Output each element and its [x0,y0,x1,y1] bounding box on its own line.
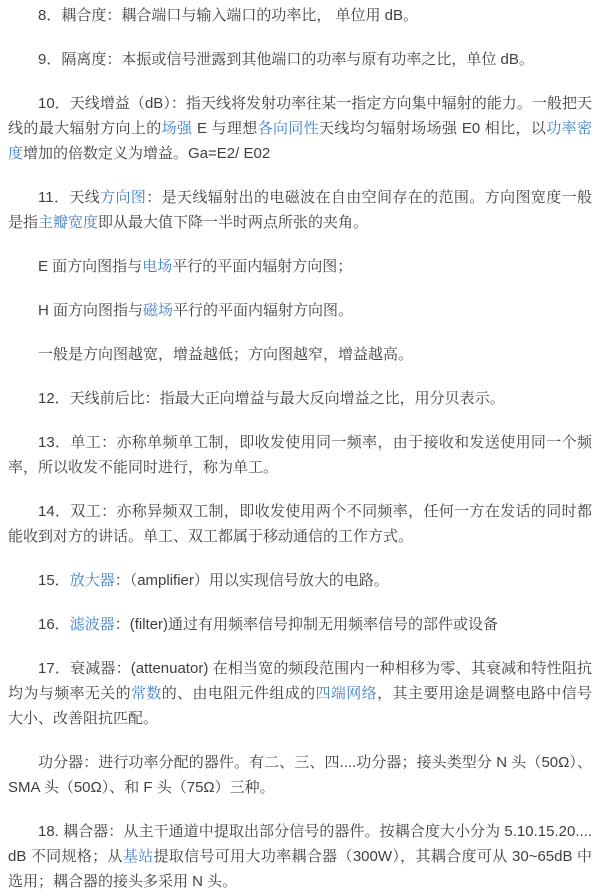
paragraph-item-13-simplex: 13．单工：亦称单频单工制，即收发使用同一频率，由于接收和发送使用同一个频率，所… [8,430,592,480]
paragraph-item-11-radiation-pattern: 11．天线方向图：是天线辐射出的电磁波在自由空间存在的范围。方向图宽度一般是指主… [8,185,592,235]
paragraph-pattern-gain-note: 一般是方向图越宽，增益越低；方向图越窄，增益越高。 [8,342,592,367]
link-electric-field[interactable]: 电场 [142,258,172,275]
paragraph-item-16-filter: 16．滤波器：(filter)通过有用频率信号抑制无用频率信号的部件或设备 [8,612,592,637]
paragraph-item-10-antenna-gain: 10．天线增益（dB）：指天线将发射功率往某一指定方向集中辐射的能力。一般把天线… [8,91,592,166]
document-page: 8．耦合度：耦合端口与输入端口的功率比， 单位用 dB。 9．隔离度：本振或信号… [0,0,600,894]
paragraph-item-12-front-back-ratio: 12．天线前后比：指最大正向增益与最大反向增益之比，用分贝表示。 [8,386,592,411]
paragraph-e-plane-pattern: E 面方向图指与电场平行的平面内辐射方向图； [8,254,592,279]
paragraph-h-plane-pattern: H 面方向图指与磁场平行的平面内辐射方向图。 [8,298,592,323]
paragraph-text: 9．隔离度：本振或信号泄露到其他端口的功率与原有功率之比，单位 dB。 [38,51,534,68]
paragraph-text: 11．天线 [38,189,100,206]
paragraph-text: H 面方向图指与 [38,302,143,319]
paragraph-power-splitter: 功分器：进行功率分配的器件。有二、三、四....功分器；接头类型分 N 头（50… [8,750,592,800]
paragraph-text: 16． [38,616,70,633]
link-radiation-pattern[interactable]: 方向图 [100,189,146,206]
paragraph-text: E 面方向图指与 [38,258,142,275]
paragraph-item-18-coupler: 18. 耦合器：从主干通道中提取出部分信号的器件。按耦合度大小分为 5.10.1… [8,819,592,894]
paragraph-item-17-attenuator: 17．衰减器：(attenuator) 在相当宽的频段范围内一种相移为零、其衰减… [8,656,592,731]
paragraph-text: 8．耦合度：耦合端口与输入端口的功率比， 单位用 dB。 [38,7,418,24]
paragraph-item-8-coupling-degree: 8．耦合度：耦合端口与输入端口的功率比， 单位用 dB。 [8,3,592,28]
paragraph-text: 14．双工：亦称异频双工制，即收发使用两个不同频率，任何一方在发话的同时都能收到… [8,503,592,545]
paragraph-text: 15． [38,572,70,589]
paragraph-item-14-duplex: 14．双工：亦称异频双工制，即收发使用两个不同频率，任何一方在发话的同时都能收到… [8,499,592,549]
link-magnetic-field[interactable]: 磁场 [143,302,173,319]
paragraph-text: ：(filter)通过有用频率信号抑制无用频率信号的部件或设备 [115,616,498,633]
paragraph-text: 增加的倍数定义为增益。Ga=E2/ E02 [23,145,270,162]
link-four-terminal-network[interactable]: 四端网络 [316,685,378,702]
paragraph-text: 平行的平面内辐射方向图。 [173,302,353,319]
paragraph-text: ：（amplifier）用以实现信号放大的电路。 [115,572,389,589]
link-main-lobe-width[interactable]: 主瓣宽度 [38,214,98,231]
paragraph-item-15-amplifier: 15．放大器：（amplifier）用以实现信号放大的电路。 [8,568,592,593]
paragraph-text: 一般是方向图越宽，增益越低；方向图越窄，增益越高。 [38,346,413,363]
link-amplifier[interactable]: 放大器 [70,572,115,589]
link-constant[interactable]: 常数 [131,685,162,702]
paragraph-text: 即从最大值下降一半时两点所张的夹角。 [98,214,368,231]
paragraph-text: 天线均匀辐射场场强 E0 相比，以 [319,120,546,137]
paragraph-text: 12．天线前后比：指最大正向增益与最大反向增益之比，用分贝表示。 [38,390,505,407]
link-filter[interactable]: 滤波器 [70,616,115,633]
paragraph-text: 的、由电阻元件组成的 [162,685,316,702]
link-base-station[interactable]: 基站 [123,848,154,865]
link-field-strength[interactable]: 场强 [162,120,193,137]
paragraph-text: E 与理想 [192,120,257,137]
paragraph-text: 功分器：进行功率分配的器件。有二、三、四....功分器；接头类型分 N 头（50… [8,754,592,796]
paragraph-text: 13．单工：亦称单频单工制，即收发使用同一频率，由于接收和发送使用同一个频率，所… [8,434,592,476]
paragraph-item-9-isolation-degree: 9．隔离度：本振或信号泄露到其他端口的功率与原有功率之比，单位 dB。 [8,47,592,72]
paragraph-text: 平行的平面内辐射方向图； [172,258,352,275]
link-isotropic[interactable]: 各向同性 [258,120,319,137]
